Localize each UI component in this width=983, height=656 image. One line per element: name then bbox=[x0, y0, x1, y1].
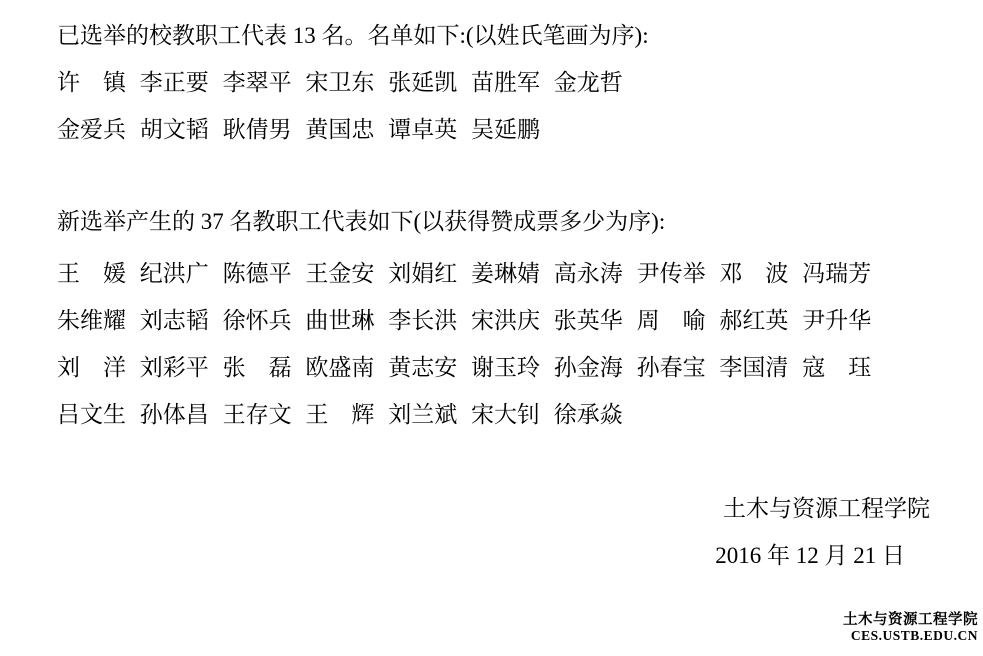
elected-heading: 已选举的校教职工代表 13 名。名单如下:(以姓氏笔画为序): bbox=[57, 12, 983, 59]
section-elected-representatives: 已选举的校教职工代表 13 名。名单如下:(以姓氏笔画为序): 许 镇 李正要 … bbox=[57, 12, 983, 153]
new-names-row-2: 朱维耀 刘志韬 徐怀兵 曲世琳 李长洪 宋洪庆 张英华 周 喻 郝红英 尹升华 bbox=[57, 297, 983, 344]
section-new-representatives: 新选举产生的 37 名教职工代表如下(以获得赞成票多少为序): 王 媛 纪洪广 … bbox=[57, 198, 983, 438]
document-body: 已选举的校教职工代表 13 名。名单如下:(以姓氏笔画为序): 许 镇 李正要 … bbox=[0, 0, 983, 579]
elected-names-row-1: 许 镇 李正要 李翠平 宋卫东 张延凯 苗胜军 金龙哲 bbox=[57, 59, 983, 106]
site-watermark: 土木与资源工程学院 CES.USTB.EDU.CN bbox=[843, 613, 978, 644]
new-heading: 新选举产生的 37 名教职工代表如下(以获得赞成票多少为序): bbox=[57, 198, 983, 245]
new-names-row-3: 刘 洋 刘彩平 张 磊 欧盛南 黄志安 谢玉玲 孙金海 孙春宝 李国清 寇 珏 bbox=[57, 344, 983, 391]
elected-names-row-2: 金爱兵 胡文韬 耿倩男 黄国忠 谭卓英 吴延鹏 bbox=[57, 106, 983, 153]
watermark-url: CES.USTB.EDU.CN bbox=[843, 629, 978, 644]
signature-org: 土木与资源工程学院 bbox=[57, 485, 983, 532]
watermark-org-name: 土木与资源工程学院 bbox=[843, 613, 978, 629]
signature-date: 2016 年 12 月 21 日 bbox=[57, 532, 983, 579]
new-names-row-1: 王 媛 纪洪广 陈德平 王金安 刘娟红 姜琳婧 高永涛 尹传举 邓 波 冯瑞芳 bbox=[57, 250, 983, 297]
new-names-row-4: 吕文生 孙体昌 王存文 王 辉 刘兰斌 宋大钊 徐承焱 bbox=[57, 391, 983, 438]
signature-block: 土木与资源工程学院 2016 年 12 月 21 日 bbox=[57, 485, 983, 579]
